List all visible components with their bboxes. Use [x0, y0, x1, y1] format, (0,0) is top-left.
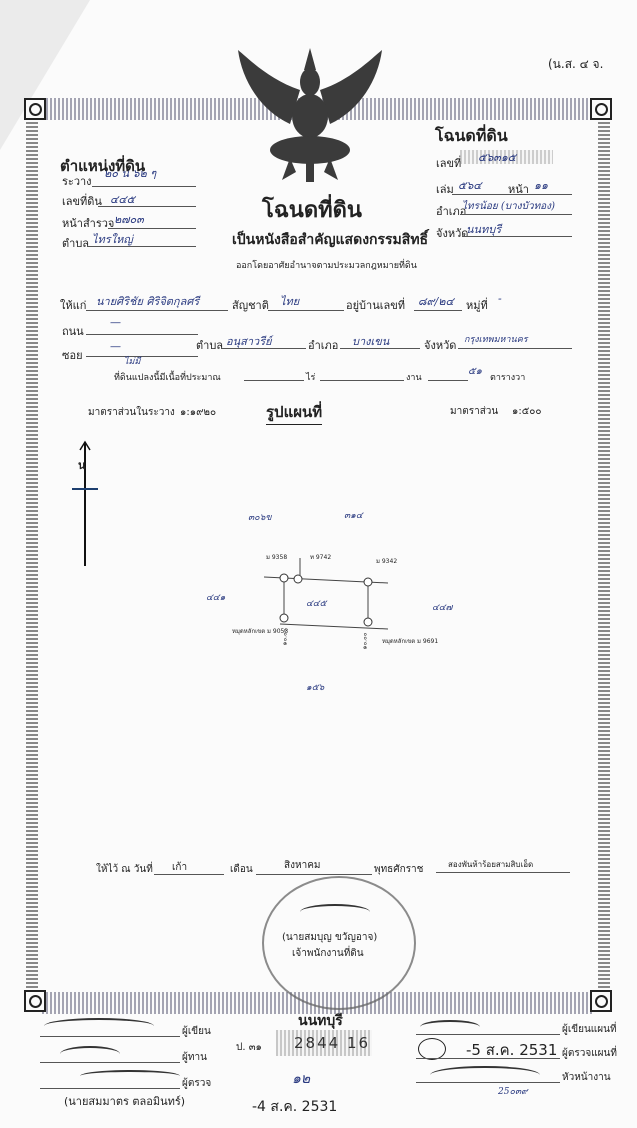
province-label: จังหวัด	[424, 336, 456, 354]
month-value: สิงหาคม	[284, 858, 320, 873]
survey-scale-value: ๑:๑๙๒๐	[180, 405, 216, 420]
underline	[40, 1036, 180, 1037]
field-value-page: ๑๑	[534, 176, 548, 194]
owner-to-label: ให้แก่	[60, 296, 86, 314]
neighbor-right: ๔๔๗	[432, 600, 452, 614]
field-label-province: จังหวัด	[436, 224, 468, 242]
dimension-label: ๑๐.๐๐	[279, 629, 289, 646]
signature-reviewer	[60, 1046, 120, 1062]
document-subtitle: เป็นหนังสือสำคัญแสดงกรรมสิทธิ์	[232, 229, 428, 251]
underline	[222, 348, 306, 349]
owner-name: นายศิริชัย ศิริจิตกุลศรี	[96, 292, 199, 310]
role-map-checker: ผู้ตรวจแผนที่	[562, 1046, 617, 1061]
underline	[458, 348, 572, 349]
marker-label: ม 9358	[266, 552, 287, 562]
garuda-emblem-icon	[230, 40, 390, 200]
role-writer: ผู้เขียน	[182, 1024, 211, 1039]
rosette-top-left-icon	[24, 98, 46, 120]
marker-label: หมุดหลักเขต ม 9691	[382, 636, 438, 646]
year-label: พุทธศักราช	[374, 862, 423, 877]
province-stamp: นนทบุรี	[298, 1010, 343, 1032]
border-right	[598, 122, 610, 992]
area-note: ไม่มี	[124, 354, 140, 368]
underline	[428, 380, 468, 381]
field-label-land-no: เลขที่ดิน	[62, 192, 102, 210]
role-checker: ผู้ตรวจ	[182, 1076, 211, 1091]
underline	[436, 872, 570, 873]
soi-value: —	[110, 340, 121, 353]
rosette-top-right-icon	[590, 98, 612, 120]
province-value: กรุงเทพมหานคร	[464, 332, 528, 346]
field-value-volume: ๕๖๔	[458, 176, 482, 194]
north-label: น	[78, 456, 86, 474]
tambon-label: ตำบล	[196, 336, 223, 354]
dimension-label: ๑๐.๐๐	[359, 633, 369, 650]
form-code: (น.ส. ๔ จ.	[548, 55, 603, 74]
moo-label: หมู่ที่	[466, 296, 488, 314]
field-value-amphoe: ไทรน้อย (บางบัวทอง)	[462, 199, 555, 214]
area-label: ที่ดินแปลงนี้มีเนื้อที่ประมาณ	[114, 370, 221, 384]
neighbor-top-left: ๓๐๖ข	[248, 510, 272, 524]
underline	[92, 186, 196, 187]
underline	[268, 310, 344, 311]
date-left: -4 ส.ค. 2531	[252, 1096, 337, 1118]
underline	[256, 874, 372, 875]
underline	[108, 228, 196, 229]
scale-label: มาตราส่วน	[450, 404, 498, 419]
month-label: เดือน	[230, 862, 253, 877]
ngan-label: งาน	[406, 370, 422, 384]
nationality-value: ไทย	[280, 292, 299, 310]
underline	[86, 310, 228, 311]
day-value: เก้า	[172, 860, 187, 875]
field-label-tambon: ตำบล	[62, 234, 89, 252]
wa-label: ตารางวา	[490, 370, 525, 384]
underline	[88, 246, 196, 247]
house-no-label: อยู่บ้านเลขที่	[346, 296, 405, 314]
border-left	[26, 122, 38, 992]
marker-label: ท 9742	[310, 552, 331, 562]
neighbor-bottom: ๑๕๖	[306, 680, 324, 694]
road-value: —	[110, 316, 121, 329]
underline	[86, 356, 198, 357]
moo-value: -	[498, 292, 502, 305]
official-title: เจ้าพนักงานที่ดิน	[292, 946, 364, 961]
chief-code: 25๐๓๙	[498, 1084, 528, 1098]
given-label: ให้ไว้ ณ วันที่	[96, 862, 153, 877]
field-label-page: หน้า	[508, 180, 529, 198]
amphoe-label: อำเภอ	[308, 336, 338, 354]
field-label-rawang: ระวาง	[62, 172, 92, 190]
house-no-value: ๘๙/๒๔	[418, 292, 454, 310]
document-title: โฉนดที่ดิน	[262, 192, 362, 227]
underline	[154, 874, 224, 875]
official-name: (นายสมบุญ ขวัญอาจ)	[282, 930, 377, 945]
signature-checker	[80, 1070, 180, 1082]
field-value-rawang: ๒๐ น ๖๒ ๆ	[104, 164, 156, 182]
underline	[340, 348, 420, 349]
underline	[98, 206, 196, 207]
role-chief: หัวหน้างาน	[562, 1070, 611, 1085]
serial-prefix: ป. ๓๑	[236, 1040, 262, 1055]
left-signer-name: (นายสมมาตร ตลอมินทร์)	[64, 1092, 185, 1110]
neighbor-top-right: ๓๑๔	[344, 508, 363, 522]
underline	[320, 380, 404, 381]
underline	[414, 310, 462, 311]
signature-writer	[44, 1018, 154, 1034]
initial-circle	[418, 1038, 446, 1060]
issued-by: ออกโดยอาศัยอำนาจตามประมวลกฎหมายที่ดิน	[236, 258, 417, 272]
underline	[40, 1062, 180, 1063]
map-title: รูปแผนที่	[266, 400, 322, 425]
deed-heading: โฉนดที่ดิน	[435, 124, 508, 149]
role-map-writer: ผู้เขียนแผนที่	[562, 1022, 617, 1037]
rai-label: ไร่	[306, 370, 315, 384]
handwritten-number: ๑๒	[292, 1068, 310, 1090]
official-signature	[300, 904, 370, 920]
rosette-bottom-left-icon	[24, 990, 46, 1012]
field-label-volume: เล่ม	[436, 180, 454, 198]
role-reviewer: ผู้ทาน	[182, 1050, 207, 1065]
scale-value: ๑:๕๐๐	[512, 404, 542, 419]
underline	[416, 1082, 560, 1083]
rosette-bottom-right-icon	[590, 990, 612, 1012]
marker-label: ม 9342	[376, 556, 397, 566]
signature-map-writer	[420, 1020, 480, 1034]
underline	[416, 1058, 560, 1059]
survey-scale-label: มาตราส่วนในระวาง	[88, 405, 175, 420]
soi-label: ซอย	[62, 346, 83, 364]
year-value: สองพันห้าร้อยสามสิบเอ็ด	[448, 858, 533, 871]
underline	[416, 1034, 560, 1035]
nationality-label: สัญชาติ	[232, 296, 269, 314]
underline	[86, 334, 198, 335]
underline	[460, 214, 572, 215]
page-corner-shadow	[0, 0, 90, 150]
neighbor-left: ๔๔๑	[206, 590, 225, 604]
road-label: ถนน	[62, 322, 84, 340]
underline	[452, 194, 572, 195]
underline	[462, 236, 572, 237]
serial-number: 2844 16	[294, 1034, 370, 1052]
field-label-deed-no: เลขที่	[436, 154, 461, 172]
field-value-deed-no: ๕๖๓๑๕	[478, 148, 516, 166]
wa-value: ๕๑	[468, 364, 482, 379]
field-value-survey-page: ๒๗๐๓	[114, 210, 144, 228]
underline	[40, 1088, 180, 1089]
underline	[244, 380, 304, 381]
parcel-number: ๔๔๕	[306, 596, 326, 610]
